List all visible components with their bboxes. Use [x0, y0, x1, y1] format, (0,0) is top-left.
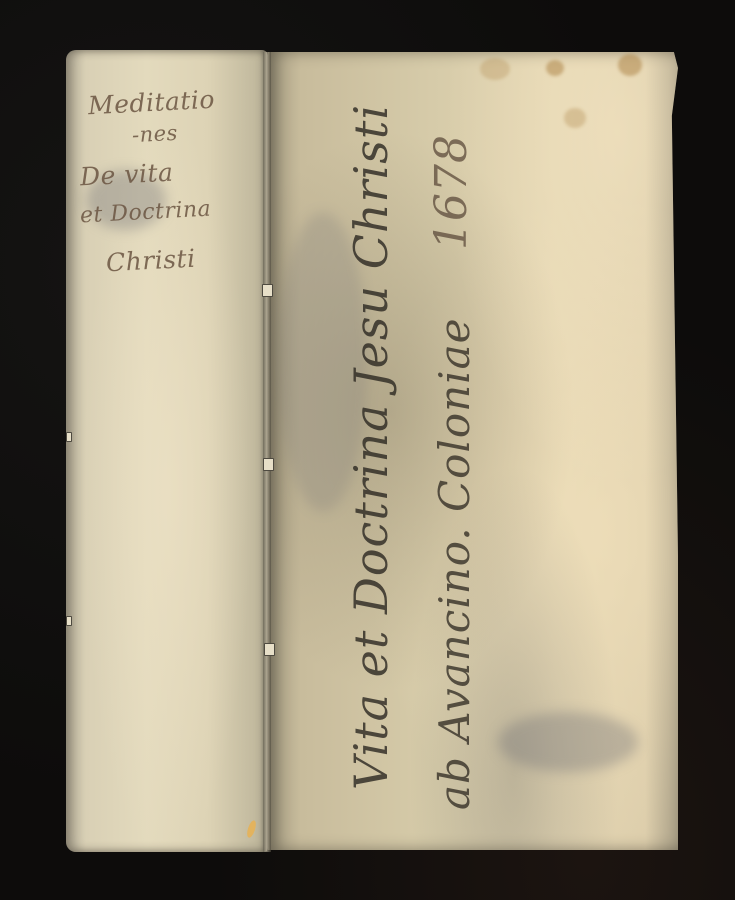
spine-hinge — [263, 52, 271, 852]
spine-label-line: -nes — [131, 121, 178, 147]
cover-title-line: Vita et Doctrina Jesu Christi — [344, 104, 398, 790]
foxing-spot — [564, 108, 586, 128]
sewing-tacket — [66, 616, 72, 626]
foxing-spot — [546, 60, 564, 76]
sewing-tacket — [262, 284, 273, 297]
cover-date: 1678 — [426, 134, 477, 250]
spine-label-line: Christi — [105, 244, 196, 278]
sewing-tacket — [264, 643, 275, 656]
sewing-tacket — [263, 458, 274, 471]
foxing-spot — [618, 54, 642, 76]
sewing-tacket — [66, 432, 72, 442]
gray-smudge — [498, 712, 638, 772]
cover-title-line: ab Avancino. Coloniae — [430, 318, 479, 811]
spine-label-line: De vita — [79, 158, 174, 192]
foxing-spot — [480, 58, 510, 80]
vellum-book: Meditatio -nes De vita et Doctrina Chris… — [0, 0, 735, 900]
